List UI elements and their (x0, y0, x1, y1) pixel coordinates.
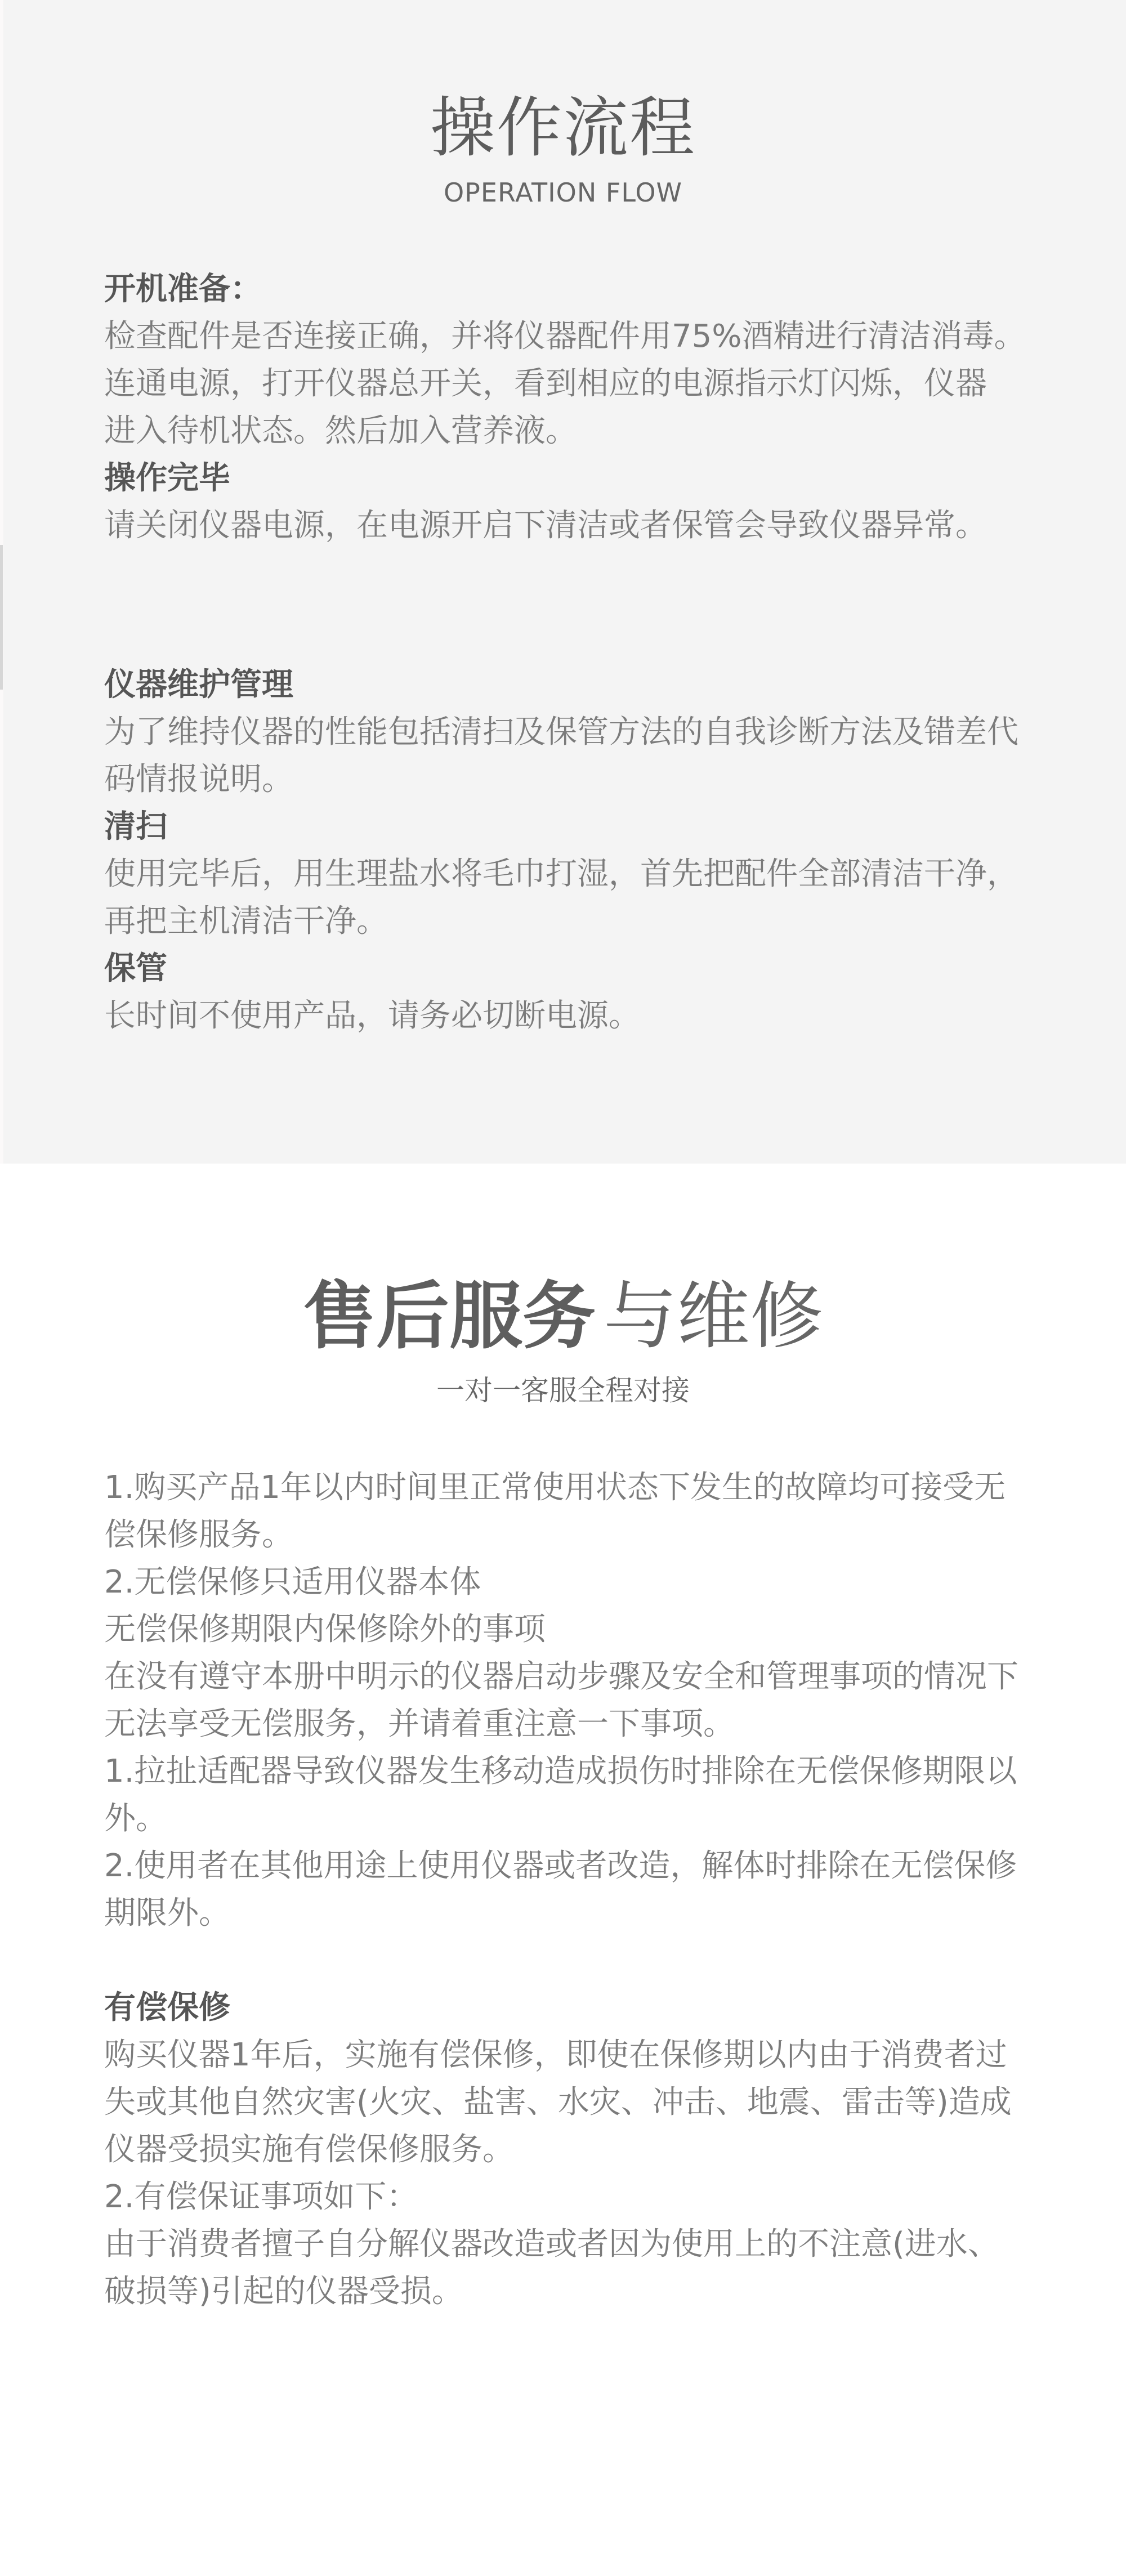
body-line: 失或其他自然灾害(火灾、盐害、水灾、冲击、地震、雷击等)造成 (104, 2079, 1061, 2126)
cleaning-heading: 清扫 (104, 803, 1061, 851)
body-line: 进入待机状态。然后加入营养液。 (104, 408, 1061, 455)
body-line: 连通电源，打开仪器总开关，看到相应的电源指示灯闪烁，仪器 (104, 360, 1061, 408)
body-line: 在没有遵守本册中明示的仪器启动步骤及安全和管理事项的情况下 (104, 1653, 1061, 1701)
body-line: 为了维持仪器的性能包括清扫及保管方法的自我诊断方法及错差代 (104, 709, 1061, 756)
blank-line (104, 1937, 1061, 1984)
after-sales-title-strong: 售后服务 (303, 1273, 596, 1359)
operation-complete-heading: 操作完毕 (104, 455, 1061, 502)
body-line: 期限外。 (104, 1890, 1061, 1937)
body-line: 长时间不使用产品，请务必切断电源。 (104, 992, 1061, 1040)
body-line: 仪器受损实施有偿保修服务。 (104, 2126, 1061, 2173)
after-sales-subtitle: 一对一客服全程对接 (0, 1374, 1126, 1407)
paid-repair-heading: 有偿保修 (104, 1984, 1061, 2032)
body-line: 请关闭仪器电源，在电源开启下清洁或者保管会导致仪器异常。 (104, 502, 1061, 549)
body-line: 破损等)引起的仪器受损。 (104, 2268, 1061, 2315)
operation-flow-title: 操作流程 (0, 90, 1126, 167)
body-line: 1.拉扯适配器导致仪器发生移动造成损伤时排除在无偿保修期限以 (104, 1748, 1061, 1795)
body-line: 购买仪器1年后，实施有偿保修，即使在保修期以内由于消费者过 (104, 2032, 1061, 2079)
startup-and-shutdown-block: 开机准备： 检查配件是否连接正确，并将仪器配件用75%酒精进行清洁消毒。 连通电… (104, 266, 1061, 549)
body-line: 无法享受无偿服务，并请着重注意一下事项。 (104, 1701, 1061, 1748)
body-line: 检查配件是否连接正确，并将仪器配件用75%酒精进行清洁消毒。 (104, 313, 1061, 360)
body-line: 1.购买产品1年以内时间里正常使用状态下发生的故障均可接受无 (104, 1464, 1061, 1511)
body-line: 再把主机清洁干净。 (104, 898, 1061, 945)
body-line: 使用完毕后，用生理盐水将毛巾打湿，首先把配件全部清洁干净， (104, 851, 1061, 898)
maintenance-block: 仪器维护管理 为了维持仪器的性能包括清扫及保管方法的自我诊断方法及错差代 码情报… (104, 661, 1061, 1040)
startup-prep-heading: 开机准备： (104, 266, 1061, 313)
body-line: 无偿保修期限内保修除外的事项 (104, 1606, 1061, 1653)
body-line: 偿保修服务。 (104, 1511, 1061, 1559)
after-sales-title: 售后服务与维修 (0, 1276, 1126, 1357)
after-sales-title-light: 与维修 (604, 1273, 823, 1359)
storage-heading: 保管 (104, 945, 1061, 992)
left-edge-bar (0, 545, 3, 690)
body-line: 由于消费者擅子自分解仪器改造或者因为使用上的不注意(进水、 (104, 2221, 1061, 2268)
operation-flow-subtitle: OPERATION FLOW (0, 177, 1126, 208)
body-line: 2.有偿保证事项如下： (104, 2173, 1061, 2221)
body-line: 码情报说明。 (104, 756, 1061, 803)
maintenance-heading: 仪器维护管理 (104, 661, 1061, 709)
body-line: 2.无偿保修只适用仪器本体 (104, 1559, 1061, 1606)
warranty-block: 1.购买产品1年以内时间里正常使用状态下发生的故障均可接受无 偿保修服务。 2.… (104, 1464, 1061, 2315)
body-line: 外。 (104, 1795, 1061, 1842)
body-line: 2.使用者在其他用途上使用仪器或者改造，解体时排除在无偿保修 (104, 1842, 1061, 1890)
